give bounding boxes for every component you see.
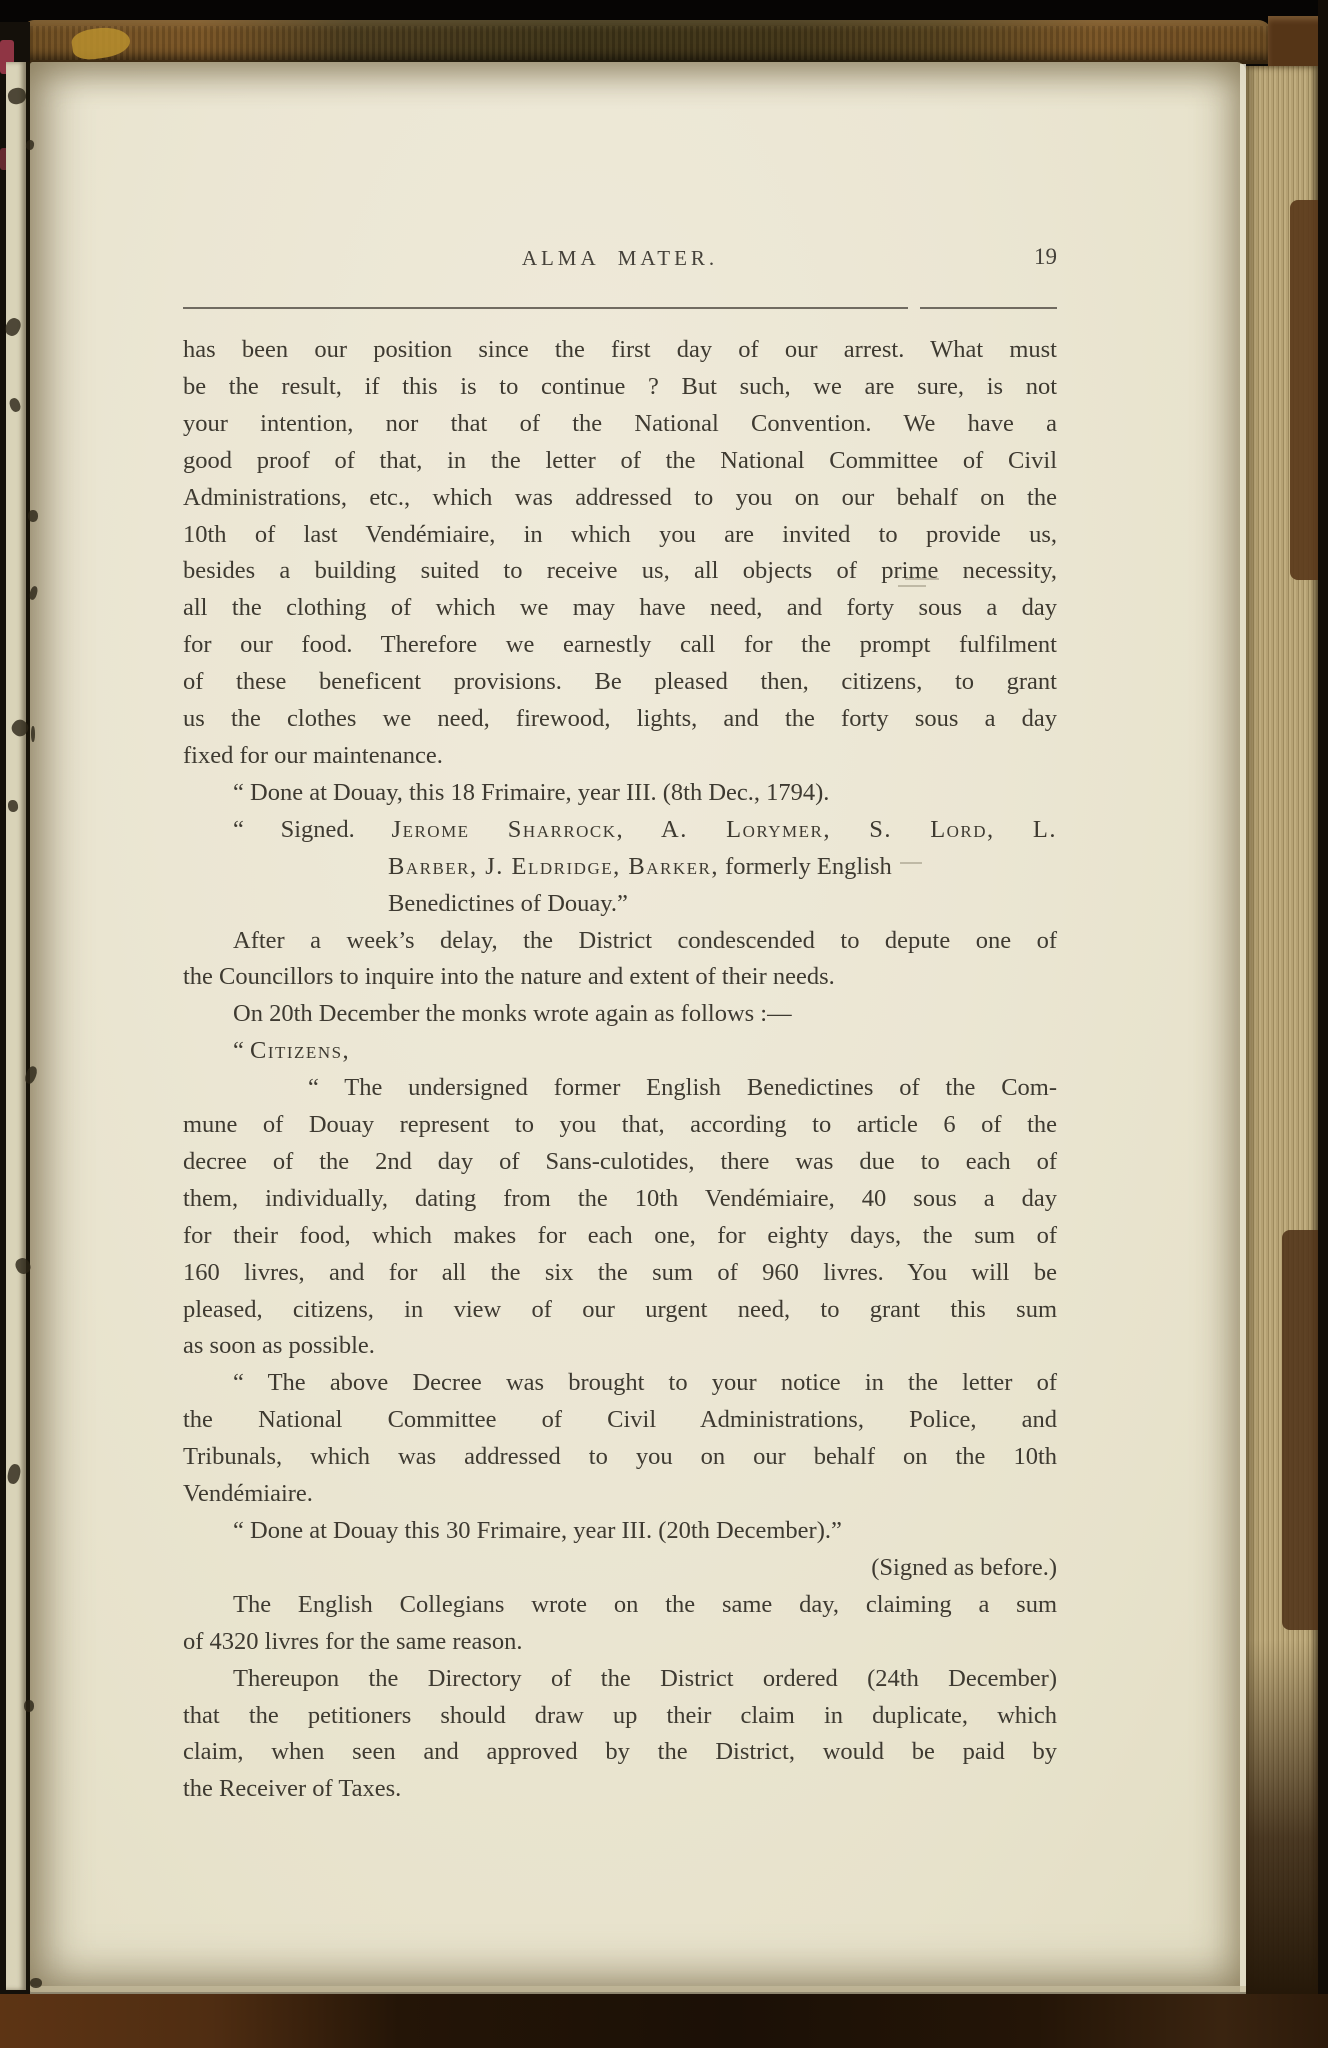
text-line: Benedictines of Douay.” [183,886,1057,923]
book-top-edge-texture [24,26,1272,60]
text-segment: all the clothing of which we may have ne… [183,594,1057,621]
text-line: that the petitioners should draw up thei… [183,1698,1057,1735]
small-caps-name: Jerome Sharrock, A. Lorymer, S. Lord, L. [392,816,1057,843]
text-segment: claim, when seen and approved by the Dis… [183,1738,1057,1765]
header-rule-left [183,307,908,309]
fore-edge-shadow [1246,1640,1328,2000]
page-number: 19 [183,244,1057,270]
text-segment: “ Done at Douay this 30 Frimaire, year I… [233,1517,842,1544]
text-segment: 10th of last Vendémiaire, in which you a… [183,521,1057,548]
text-segment: as soon as possible. [183,1332,375,1359]
text-line: the National Committee of Civil Administ… [183,1402,1057,1439]
flyleaf-edge [6,62,26,1990]
text-line: 160 livres, and for all the six the sum … [183,1255,1057,1292]
text-segment: decree of the 2nd day of Sans-culotides,… [183,1148,1057,1175]
text-segment: “ Signed. [233,816,392,843]
text-line: “ The above Decree was brought to your n… [183,1365,1057,1402]
text-line: (Signed as before.) [183,1550,1057,1587]
text-line: Tribunals, which was addressed to you on… [183,1439,1057,1476]
text-segment: the National Committee of Civil Administ… [183,1406,1057,1433]
text-line: fixed for our maintenance. [183,738,1057,775]
text-segment: Tribunals, which was addressed to you on… [183,1443,1057,1470]
text-line: “ Signed. Jerome Sharrock, A. Lorymer, S… [183,812,1057,849]
scratch-artifact [905,578,939,580]
text-line: of 4320 livres for the same reason. [183,1624,1057,1661]
text-line: Administrations, etc., which was address… [183,480,1057,517]
text-segment: “ Done at Douay, this 18 Frimaire, year … [233,779,829,806]
text-line: 10th of last Vendémiaire, in which you a… [183,517,1057,554]
text-segment: (Signed as before.) [871,1554,1057,1581]
book-page: ALMA MATER. 19 has been our position sin… [30,62,1246,1992]
text-line: as soon as possible. [183,1328,1057,1365]
text-line: claim, when seen and approved by the Dis… [183,1734,1057,1771]
scratch-artifact [900,862,922,864]
book-cover-right-edge [1318,0,1328,2048]
text-line: Barber, J. Eldridge, Barker, formerly En… [183,849,1057,886]
margin-mark [28,510,38,522]
text-segment: the Councillors to inquire into the natu… [183,963,835,990]
small-caps-name: Barber, J. Eldridge, Barker, [388,853,719,880]
text-line: the Councillors to inquire into the natu… [183,959,1057,996]
text-line: good proof of that, in the letter of the… [183,443,1057,480]
book-bottom-edge [0,1994,1328,2048]
text-line: pleased, citizens, in view of our urgent… [183,1292,1057,1329]
text-segment: pleased, citizens, in view of our urgent… [183,1296,1057,1323]
margin-mark [24,1700,34,1712]
text-line: us the clothes we need, firewood, lights… [183,701,1057,738]
text-segment: good proof of that, in the letter of the… [183,447,1057,474]
text-segment: that the petitioners should draw up thei… [183,1702,1057,1729]
margin-mark [31,726,35,742]
text-line: Vendémiaire. [183,1476,1057,1513]
text-segment: Vendémiaire. [183,1480,313,1507]
text-segment: Benedictines of Douay.” [388,890,628,917]
text-line: them, individually, dating from the 10th… [183,1181,1057,1218]
text-segment: formerly English [719,853,892,880]
text-line: “ Done at Douay this 30 Frimaire, year I… [183,1513,1057,1550]
margin-mark [30,1978,42,1988]
text-segment: the Receiver of Taxes. [183,1775,401,1802]
book-photo-background: ALMA MATER. 19 has been our position sin… [0,0,1328,2048]
text-segment: for our food. Therefore we earnestly cal… [183,631,1057,658]
body-text-block: has been our position since the first da… [183,332,1057,1808]
text-segment: “ [233,1037,250,1064]
text-segment: of these beneficent provisions. Be pleas… [183,668,1057,695]
text-segment: for their food, which makes for each one… [183,1222,1057,1249]
text-line: for their food, which makes for each one… [183,1218,1057,1255]
text-segment: us the clothes we need, firewood, lights… [183,705,1057,732]
text-line: “ Citizens, [183,1033,1057,1070]
text-line: After a week’s delay, the District conde… [183,923,1057,960]
text-line: of these beneficent provisions. Be pleas… [183,664,1057,701]
text-segment: Administrations, etc., which was address… [183,484,1057,511]
text-line: has been our position since the first da… [183,332,1057,369]
text-line: Thereupon the Directory of the District … [183,1661,1057,1698]
text-segment: fixed for our maintenance. [183,742,443,769]
text-segment: 160 livres, and for all the six the sum … [183,1259,1057,1286]
text-segment: mune of Douay represent to you that, acc… [183,1111,1057,1138]
text-segment: On 20th December the monks wrote again a… [233,1000,792,1027]
text-line: “ The undersigned former English Benedic… [183,1070,1057,1107]
text-line: decree of the 2nd day of Sans-culotides,… [183,1144,1057,1181]
text-line: mune of Douay represent to you that, acc… [183,1107,1057,1144]
text-line: The English Collegians wrote on the same… [183,1587,1057,1624]
text-segment: besides a building suited to receive us,… [183,557,1057,584]
text-segment: After a week’s delay, the District conde… [233,927,1057,954]
text-segment: Thereupon the Directory of the District … [233,1665,1057,1692]
text-segment: of 4320 livres for the same reason. [183,1628,523,1655]
text-line: all the clothing of which we may have ne… [183,590,1057,627]
text-segment: “ The above Decree was brought to your n… [233,1369,1057,1396]
text-line: be the result, if this is to continue ? … [183,369,1057,406]
text-segment: has been our position since the first da… [183,336,1057,363]
text-line: the Receiver of Taxes. [183,1771,1057,1808]
photo-black-border [0,0,1328,22]
text-line: your intention, nor that of the National… [183,406,1057,443]
text-segment: “ The undersigned former English Benedic… [308,1074,1057,1101]
text-line: On 20th December the monks wrote again a… [183,996,1057,1033]
header-rule-right [920,307,1057,309]
text-segment: be the result, if this is to continue ? … [183,373,1057,400]
text-line: “ Done at Douay, this 18 Frimaire, year … [183,775,1057,812]
text-segment: them, individually, dating from the 10th… [183,1185,1057,1212]
small-caps-name: Citizens, [250,1037,350,1064]
text-segment: your intention, nor that of the National… [183,410,1057,437]
scratch-artifact [898,585,926,587]
page-bottom-edge [30,1986,1246,1994]
text-segment: The English Collegians wrote on the same… [233,1591,1057,1618]
text-line: for our food. Therefore we earnestly cal… [183,627,1057,664]
